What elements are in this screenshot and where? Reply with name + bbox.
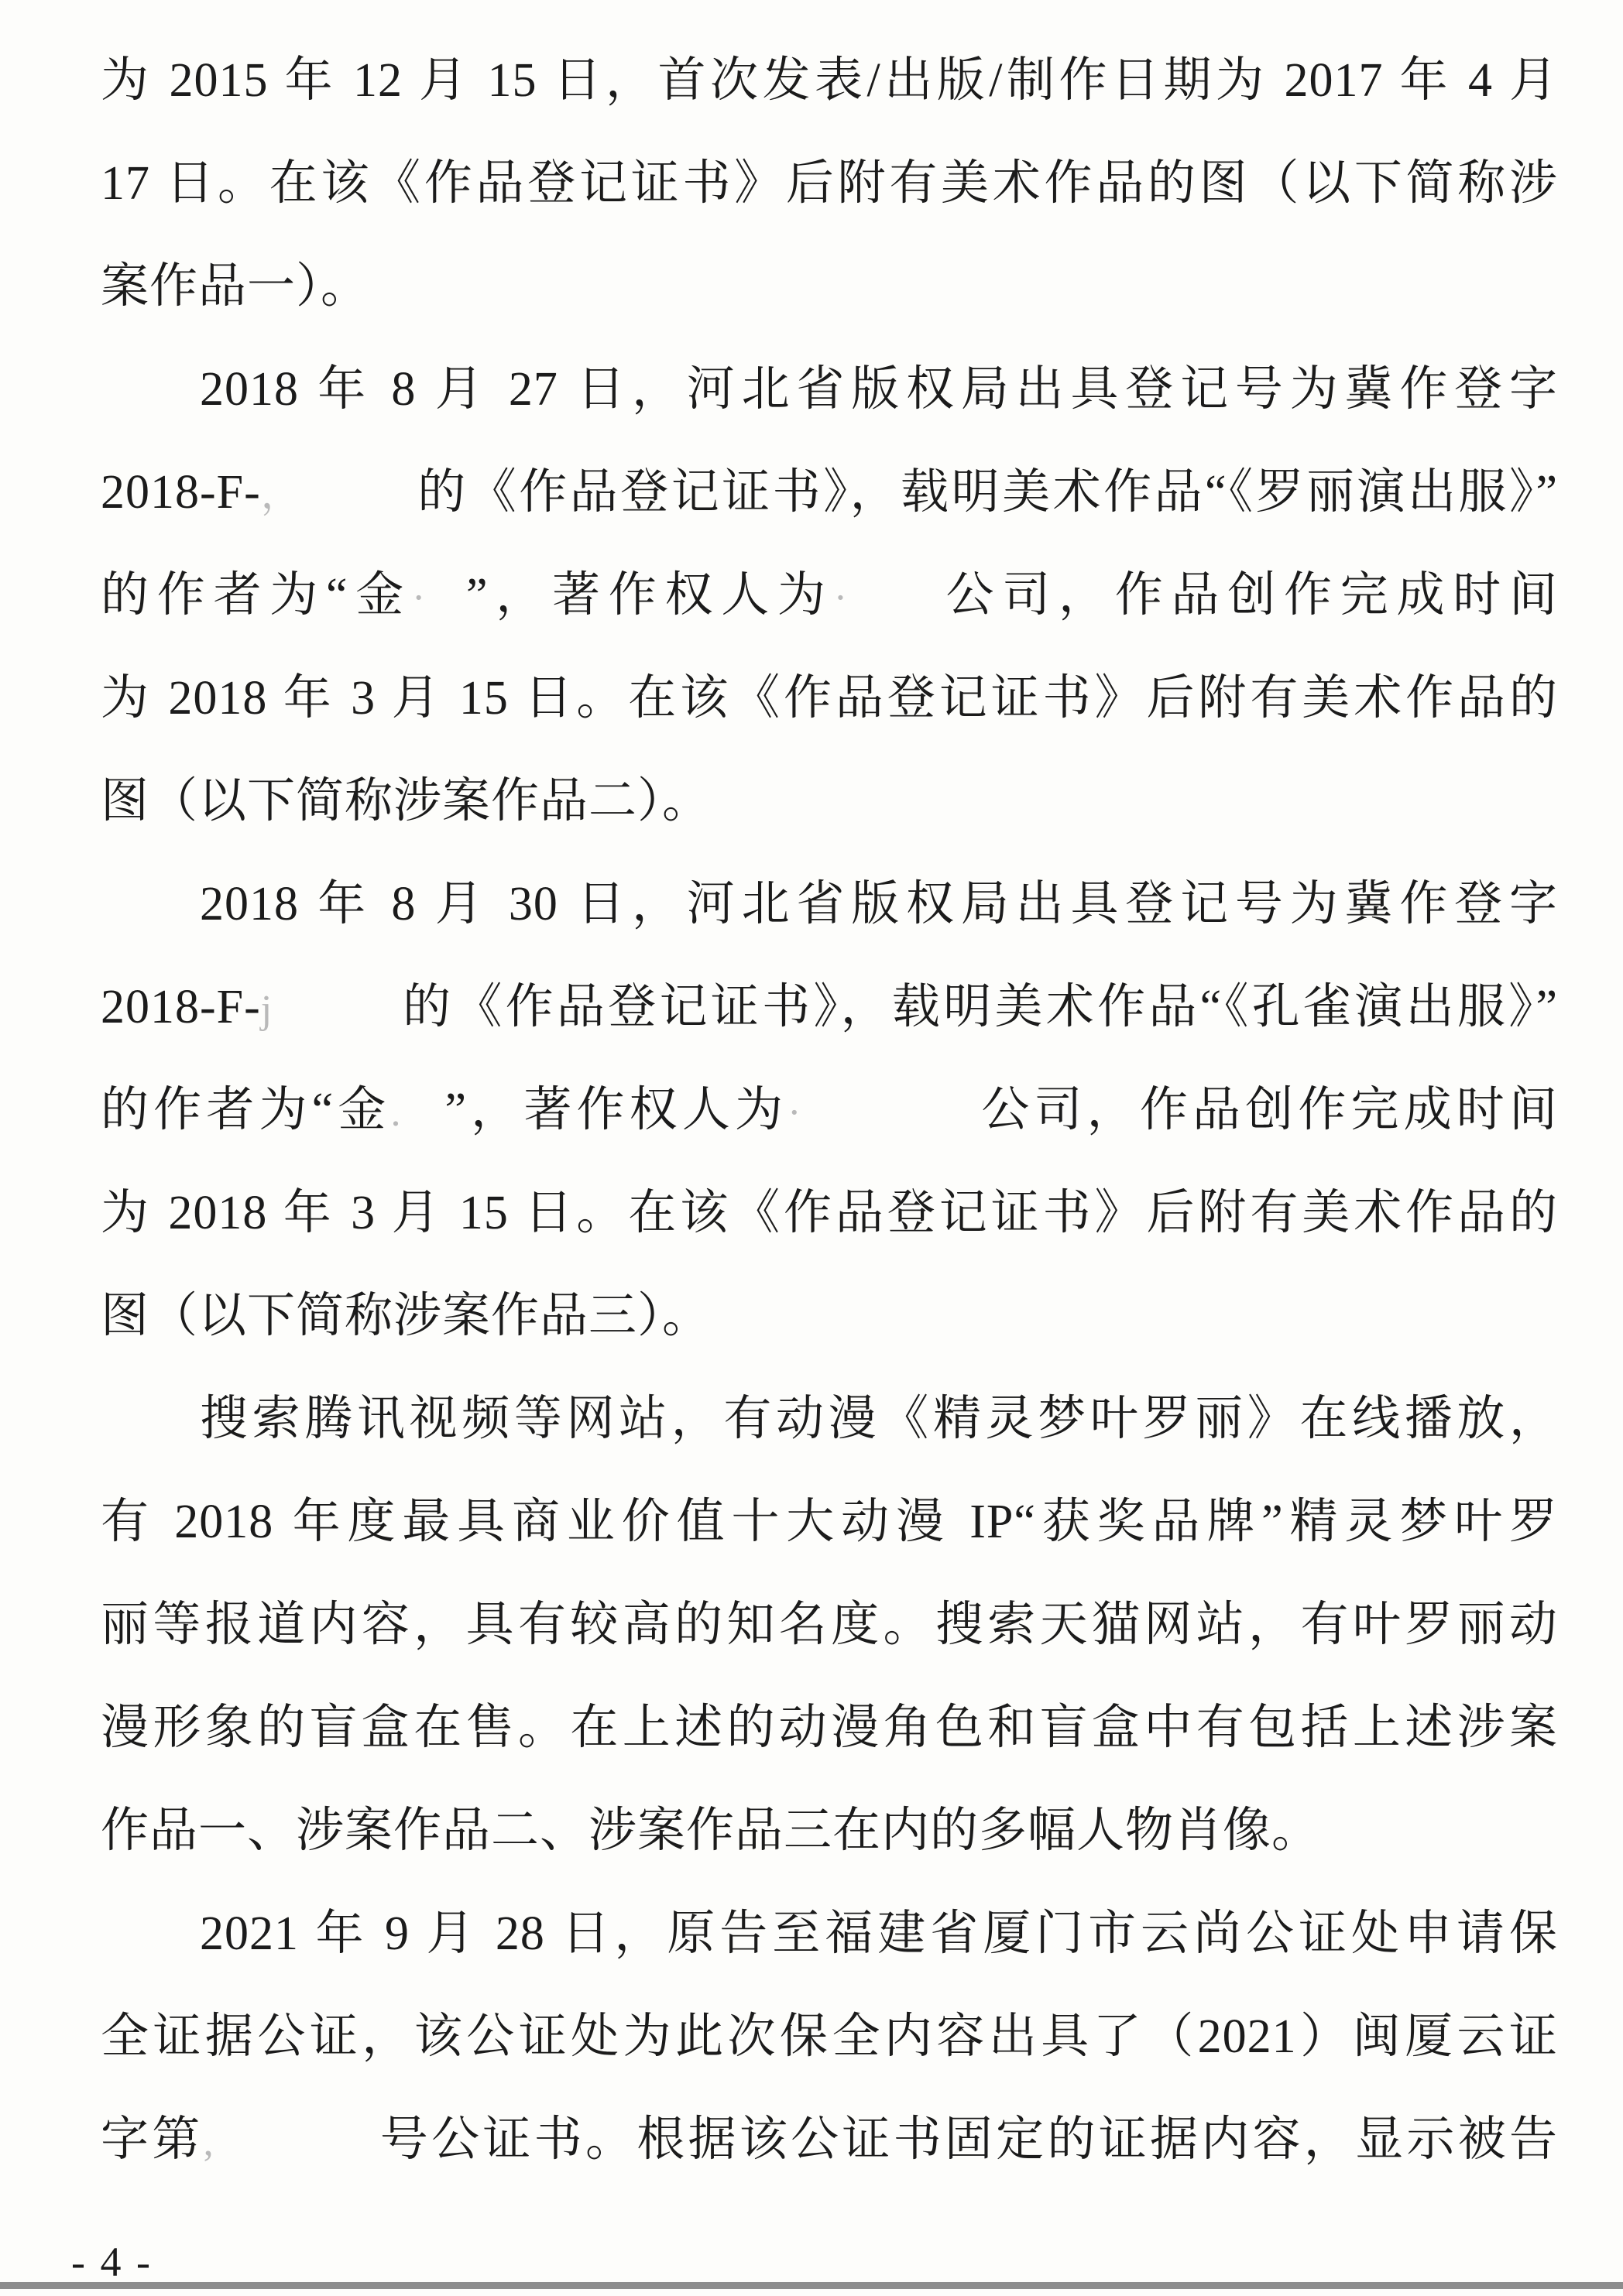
text-segment: 为 2018 年 3 月 15 日。在该《作品登记证书》后附有美术作品的 xyxy=(101,1187,1558,1239)
text-segment: 漫形象的盲盒在售。在上述的动漫角色和盲盒中有包括上述涉案 xyxy=(101,1701,1558,1754)
text-line: 的作者为“金.”，著作权人为·公司，作品创作完成时间 xyxy=(101,1059,1558,1162)
redacted-segment: . xyxy=(391,1061,445,1164)
text-line: 搜索腾讯视频等网站，有动漫《精灵梦叶罗丽》在线播放， xyxy=(101,1368,1558,1471)
text-segment: 17 日。在该《作品登记证书》后附有美术作品的图（以下简称涉 xyxy=(101,157,1558,210)
redacted-segment: , xyxy=(204,2091,378,2194)
text-line: 作品一、涉案作品二、涉案作品三在内的多幅人物肖像。 xyxy=(101,1780,1558,1883)
page-number: - 4 - xyxy=(71,2239,153,2285)
text-line: 2021 年 9 月 28 日，原告至福建省厦门市云尚公证处申请保 xyxy=(101,1883,1558,1986)
text-segment: 的《作品登记证书》，载明美术作品“《孔雀演出服》” xyxy=(400,981,1558,1033)
text-line: 2018-F-，的《作品登记证书》，载明美术作品“《罗丽演出服》” xyxy=(101,441,1558,544)
redacted-segment: · xyxy=(412,547,466,649)
text-segment: 丽等报道内容，具有较高的知名度。搜索天猫网站，有叶罗丽动 xyxy=(101,1599,1558,1651)
text-segment: ”，著作权人为 xyxy=(445,1084,788,1136)
text-line: 为 2015 年 12 月 15 日，首次发表/出版/制作日期为 2017 年 … xyxy=(101,29,1558,132)
text-segment: 2018-F- xyxy=(101,466,261,519)
text-segment: 公司，作品创作完成时间 xyxy=(977,1084,1558,1136)
text-line: 丽等报道内容，具有较高的知名度。搜索天猫网站，有叶罗丽动 xyxy=(101,1574,1558,1677)
text-segment: 的《作品登记证书》，载明美术作品“《罗丽演出服》” xyxy=(416,466,1558,519)
text-segment: 为 2018 年 3 月 15 日。在该《作品登记证书》后附有美术作品的 xyxy=(101,672,1558,725)
text-line: 2018-F-j的《作品登记证书》，载明美术作品“《孔雀演出服》” xyxy=(101,956,1558,1059)
text-line: 2018 年 8 月 27 日，河北省版权局出具登记号为冀作登字 xyxy=(101,338,1558,441)
text-line: 有 2018 年度最具商业价值十大动漫 IP“获奖品牌”精灵梦叶罗 xyxy=(101,1471,1558,1574)
text-segment: 字第 xyxy=(101,2113,204,2166)
text-line: 字第,号公证书。根据该公证书固定的证据内容，显示被告 xyxy=(101,2089,1558,2191)
text-segment: 2021 年 9 月 28 日，原告至福建省厦门市云尚公证处申请保 xyxy=(200,1907,1558,1960)
text-segment: 图（以下简称涉案作品二）。 xyxy=(101,775,711,828)
text-segment: 全证据公证，该公证处为此次保全内容出具了（2021）闽厦云证 xyxy=(101,2010,1558,2063)
text-segment: 案作品一）。 xyxy=(101,260,369,313)
text-line: 的作者为“金·”，著作权人为·公司，作品创作完成时间 xyxy=(101,544,1558,647)
text-segment: 有 2018 年度最具商业价值十大动漫 IP“获奖品牌”精灵梦叶罗 xyxy=(101,1496,1558,1548)
text-line: 17 日。在该《作品登记证书》后附有美术作品的图（以下简称涉 xyxy=(101,132,1558,235)
text-segment: 公司，作品创作完成时间 xyxy=(938,569,1558,622)
text-segment: 图（以下简称涉案作品三）。 xyxy=(101,1290,711,1342)
text-segment: 的作者为“金 xyxy=(101,569,412,622)
text-segment: ”，著作权人为 xyxy=(466,569,834,622)
text-segment: 号公证书。根据该公证书固定的证据内容，显示被告 xyxy=(378,2113,1558,2166)
text-segment: 的作者为“金 xyxy=(101,1084,391,1136)
text-line: 漫形象的盲盒在售。在上述的动漫角色和盲盒中有包括上述涉案 xyxy=(101,1677,1558,1780)
redacted-segment: ， xyxy=(261,444,416,547)
text-line: 图（以下简称涉案作品二）。 xyxy=(101,750,1558,853)
document-page: 为 2015 年 12 月 15 日，首次发表/出版/制作日期为 2017 年 … xyxy=(0,0,1623,2296)
text-line: 为 2018 年 3 月 15 日。在该《作品登记证书》后附有美术作品的 xyxy=(101,647,1558,750)
redacted-segment: · xyxy=(787,1061,977,1164)
scan-edge-line xyxy=(0,2282,1623,2289)
redacted-segment: j xyxy=(261,958,400,1061)
text-segment: 作品一、涉案作品二、涉案作品三在内的多幅人物肖像。 xyxy=(101,1804,1320,1857)
text-line: 图（以下简称涉案作品三）。 xyxy=(101,1265,1558,1368)
text-segment: 2018 年 8 月 27 日，河北省版权局出具登记号为冀作登字 xyxy=(200,363,1558,416)
text-line: 案作品一）。 xyxy=(101,235,1558,338)
text-line: 为 2018 年 3 月 15 日。在该《作品登记证书》后附有美术作品的 xyxy=(101,1162,1558,1265)
text-line: 2018 年 8 月 30 日，河北省版权局出具登记号为冀作登字 xyxy=(101,853,1558,956)
text-segment: 2018-F- xyxy=(101,981,261,1033)
redacted-segment: · xyxy=(834,547,938,649)
text-segment: 为 2015 年 12 月 15 日，首次发表/出版/制作日期为 2017 年 … xyxy=(101,54,1558,107)
text-segment: 搜索腾讯视频等网站，有动漫《精灵梦叶罗丽》在线播放， xyxy=(200,1393,1558,1445)
document-body: 为 2015 年 12 月 15 日，首次发表/出版/制作日期为 2017 年 … xyxy=(101,29,1558,2191)
text-segment: 2018 年 8 月 30 日，河北省版权局出具登记号为冀作登字 xyxy=(200,878,1558,930)
text-line: 全证据公证，该公证处为此次保全内容出具了（2021）闽厦云证 xyxy=(101,1986,1558,2089)
